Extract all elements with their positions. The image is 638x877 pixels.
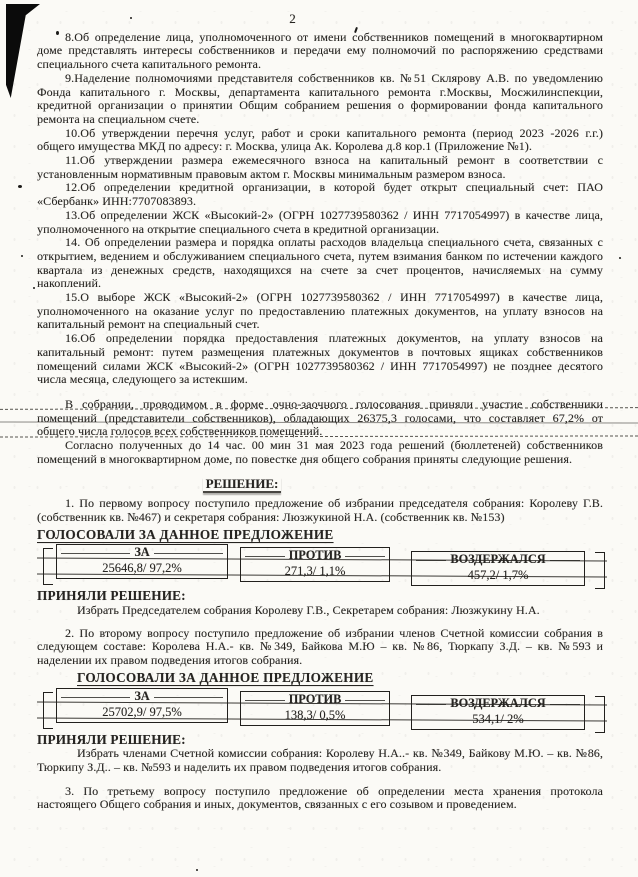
agenda-item-8: 8.Об определение лица, уполномоченного о… (37, 31, 603, 72)
agenda-item-13: 13.Об определении ЖСК «Высокий-2» (ОГРН … (37, 209, 603, 236)
resolution-caption-1: ПРИНЯЛИ РЕШЕНИЕ: (37, 589, 603, 603)
agenda-item-14: 14. Об определении размера и порядка опл… (37, 236, 603, 291)
vote-caption-2: ГОЛОСОВАЛИ ЗА ДАННОЕ ПРЕДЛОЖЕНИЕ (77, 671, 603, 685)
vote-caption-1: ГОЛОСОВАЛИ ЗА ДАННОЕ ПРЕДЛОЖЕНИЕ (37, 528, 603, 542)
vote-value-for: 25702,9/ 97,5% (57, 704, 227, 720)
vote-value-against: 138,3/ 0,5% (241, 707, 389, 723)
vote-value-abstain: 457,2/ 1,7% (412, 567, 584, 583)
question-3-text: 3. По третьему вопросу поступило предлож… (37, 785, 603, 812)
vote-value-for: 25646,8/ 97,2% (57, 560, 227, 576)
vote-cell-for: ЗА 25646,8/ 97,2% (56, 544, 228, 579)
vote-header-abstain: ВОЗДЕРЖАЛСЯ (412, 696, 584, 711)
decision-heading: РЕШЕНИЕ: (203, 477, 282, 494)
participation-summary: В собрании, проводимом в форме очно-заоч… (37, 398, 603, 439)
vote-cell-abstain: ВОЗДЕРЖАЛСЯ 534,1/ 2% (411, 695, 585, 730)
scan-speck (130, 17, 132, 19)
page-number: 2 (37, 12, 603, 26)
scan-speck (619, 257, 621, 259)
question-2-text: 2. По второму вопросу поступило предложе… (37, 627, 603, 668)
question-1-text: 1. По первому вопросу поступило предложе… (37, 497, 603, 524)
participation-section: В собрании, проводимом в форме очно-заоч… (37, 398, 603, 467)
vote-value-abstain: 534,1/ 2% (412, 711, 584, 727)
resolution-1-text: Избрать Председателем собрания Королеву … (37, 604, 603, 618)
table-left-bracket (43, 692, 53, 729)
scan-speck (56, 31, 59, 35)
agenda-item-12: 12.Об определении кредитной организации,… (37, 181, 603, 208)
table-right-bracket (595, 552, 605, 589)
ballots-received-text: Согласно полученных до 14 час. 00 мин 31… (37, 439, 603, 466)
agenda-item-15: 15.О выборе ЖСК «Высокий-2» (ОГРН 102773… (37, 291, 603, 332)
agenda-item-10: 10.Об утверждении перечня услуг, работ и… (37, 127, 603, 154)
agenda-item-9: 9.Наделение полномочиями представителя с… (37, 72, 603, 127)
vote-header-for: ЗА (57, 545, 227, 560)
vote-cell-against: ПРОТИВ 271,3/ 1,1% (240, 547, 390, 582)
vote-value-against: 271,3/ 1,1% (241, 563, 389, 579)
vote-table-2: ЗА 25702,9/ 97,5% ПРОТИВ 138,3/ 0,5% ВОЗ… (43, 687, 603, 731)
vote-header-against: ПРОТИВ (241, 548, 389, 563)
vote-cell-for: ЗА 25702,9/ 97,5% (56, 688, 228, 723)
vote-cell-abstain: ВОЗДЕРЖАЛСЯ 457,2/ 1,7% (411, 551, 585, 586)
vote-table-1: ЗА 25646,8/ 97,2% ПРОТИВ 271,3/ 1,1% ВОЗ… (43, 543, 603, 587)
vote-header-against: ПРОТИВ (241, 692, 389, 707)
document-content: 2 8.Об определение лица, уполномоченного… (37, 12, 603, 812)
scan-speck (33, 287, 35, 289)
table-left-bracket (43, 548, 53, 585)
vote-header-abstain: ВОЗДЕРЖАЛСЯ (412, 552, 584, 567)
scan-speck (196, 869, 198, 871)
scan-speck (21, 255, 23, 257)
agenda-item-16: 16.Об определении порядка предоставления… (37, 332, 603, 387)
vote-header-for: ЗА (57, 689, 227, 704)
resolution-caption-2: ПРИНЯЛИ РЕШЕНИЕ: (37, 733, 603, 747)
table-right-bracket (595, 696, 605, 733)
vote-cell-against: ПРОТИВ 138,3/ 0,5% (240, 691, 390, 726)
scan-speck (18, 185, 22, 188)
agenda-item-11: 11.Об утверждении размера ежемесячного в… (37, 154, 603, 181)
resolution-2-text: Избрать членами Счетной комиссии собрани… (37, 747, 603, 774)
scan-corner-artifact (6, 4, 40, 98)
scanned-document-page: 2 8.Об определение лица, уполномоченного… (0, 0, 638, 877)
